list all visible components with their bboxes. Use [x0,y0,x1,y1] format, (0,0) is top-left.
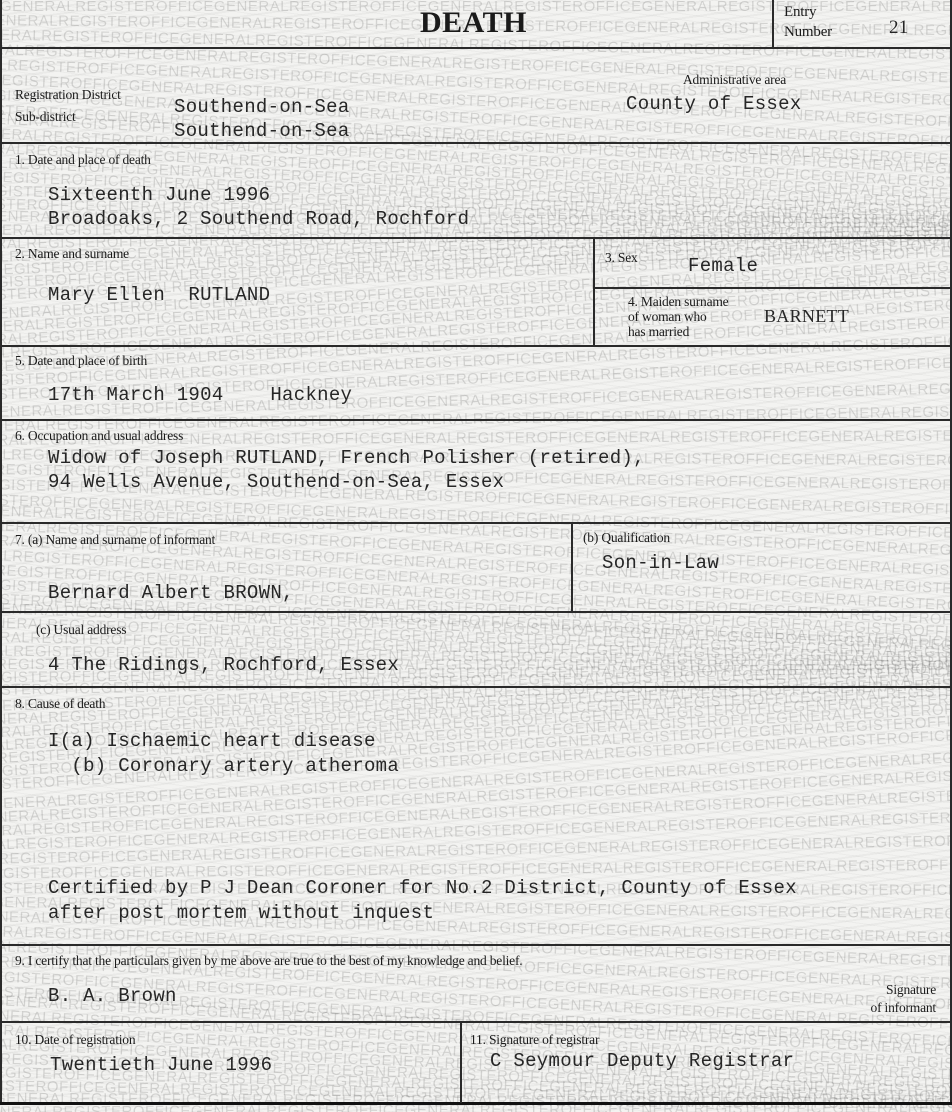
divider [0,419,952,421]
qualification-divider [571,523,573,612]
divider [0,47,952,49]
date-place-birth-label: 5. Date and place of birth [15,353,147,368]
registration-district-label: Registration District [15,87,121,102]
bottom-border [0,1102,952,1105]
cause-1b-value: (b) Coronary artery atheroma [48,755,399,777]
registrar-signature-value: C Seymour Deputy Registrar [490,1050,794,1072]
subdistrict-value: Southend-on-Sea [174,120,350,142]
divider [0,686,952,688]
signature-informant-label-1: Signature [886,982,936,997]
informant-name-value: Bernard Albert BROWN, [48,582,294,604]
date-of-death-value: Sixteenth June 1996 [48,184,270,206]
divider [0,944,952,946]
divider [594,287,952,289]
informant-name-label: 7. (a) Name and surname of informant [15,532,215,547]
left-border [0,0,2,1105]
place-of-death-value: Broadoaks, 2 Southend Road, Rochford [48,208,469,230]
qualification-label: (b) Qualification [583,530,670,545]
informant-declaration-label: 9. I certify that the particulars given … [15,953,522,968]
maiden-surname-value: BARNETT [764,306,849,327]
qualification-value: Son-in-Law [602,552,719,574]
sex-label: 3. Sex [605,250,638,265]
divider [0,345,952,347]
informant-address-value: 4 The Ridings, Rochford, Essex [48,654,399,676]
divider [0,522,952,524]
usual-address-value: 94 Wells Avenue, Southend-on-Sea, Essex [48,471,504,493]
document-title: DEATH [420,6,527,40]
divider [0,611,952,613]
entry-divider [772,0,774,48]
informant-address-label: (c) Usual address [36,622,126,637]
certificate-sheet: GENERALREGISTEROFFICEGENERALREGISTEROFFI… [0,0,952,1112]
registrar-divider [460,1022,462,1103]
subdistrict-label: Sub-district [15,109,76,124]
entry-label: Entry [784,5,816,20]
name-surname-label: 2. Name and surname [15,246,129,261]
date-of-registration-label: 10. Date of registration [15,1032,135,1047]
occupation-value: Widow of Joseph RUTLAND, French Polisher… [48,447,645,469]
cause-of-death-label: 8. Cause of death [15,696,105,711]
admin-area-value: County of Essex [626,93,802,115]
name-surname-value: Mary Ellen RUTLAND [48,284,270,306]
number-label: Number [784,25,832,40]
divider [0,1021,952,1023]
registration-district-value: Southend-on-Sea [174,96,350,118]
maiden-surname-label: 4. Maiden surname [628,294,728,309]
entry-number: 21 [889,17,909,39]
registrar-signature-label: 11. Signature of registrar [470,1032,599,1047]
occupation-address-label: 6. Occupation and usual address [15,428,183,443]
signature-informant-label-2: of informant [871,1000,936,1015]
informant-signature-value: B. A. Brown [48,985,177,1007]
sex-value: Female [688,255,758,277]
date-place-birth-value: 17th March 1904 Hackney [48,384,352,406]
cause-1a-value: I(a) Ischaemic heart disease [48,730,376,752]
date-of-registration-value: Twentieth June 1996 [50,1054,272,1076]
divider [0,237,952,239]
certification-line-1: Certified by P J Dean Coroner for No.2 D… [48,877,797,899]
divider [0,142,952,144]
date-place-death-label: 1. Date and place of death [15,152,151,167]
certification-line-2: after post mortem without inquest [48,902,434,924]
maiden-surname-label-2: of woman who [628,309,707,324]
sex-divider [593,238,595,346]
maiden-surname-label-3: has married [628,324,689,339]
admin-area-label: Administrative area [683,72,786,87]
